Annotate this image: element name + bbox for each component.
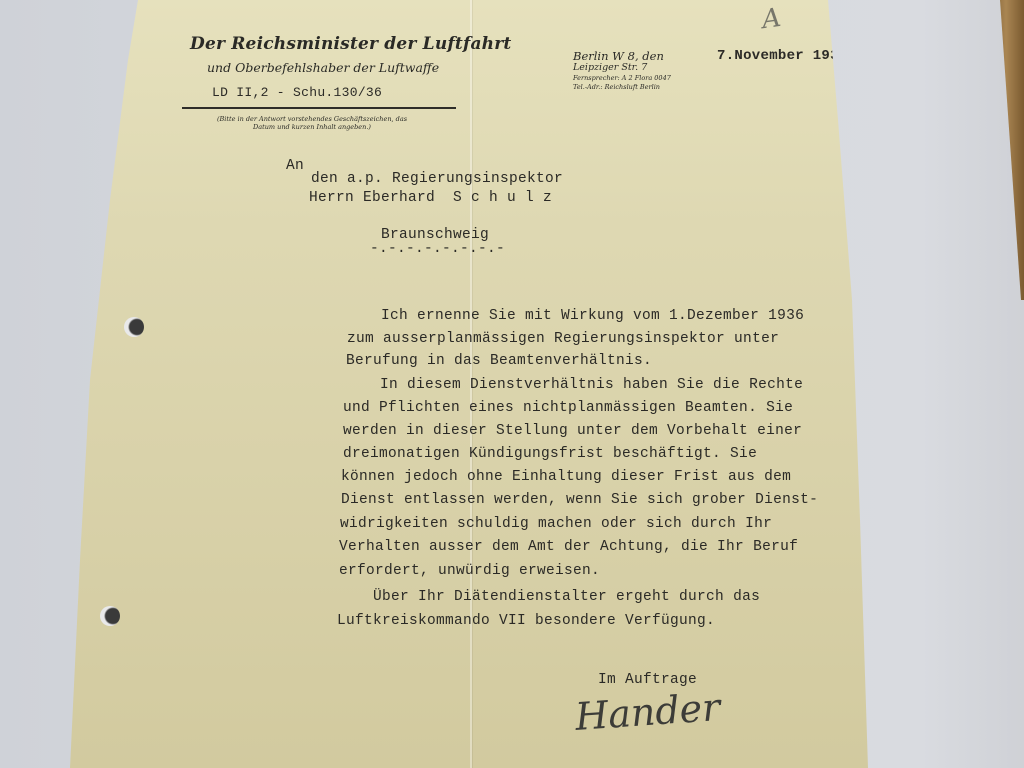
letterhead-subtitle: und Oberbefehlshaber der Luftwaffe xyxy=(207,60,439,75)
body-line: Berufung in das Beamtenverhältnis. xyxy=(346,353,652,369)
body-line: Dienst entlassen werden, wenn Sie sich g… xyxy=(341,492,818,508)
recipient-underline: -.-.-.-.-.-.-.- xyxy=(370,241,505,257)
wooden-table-edge xyxy=(994,0,1024,300)
reference-note-line2: Datum und kurzen Inhalt angeben.) xyxy=(212,123,412,131)
body-line: erfordert, unwürdig erweisen. xyxy=(339,563,600,579)
letterhead-title: Der Reichsminister der Luftfahrt xyxy=(190,34,511,54)
body-line: widrigkeiten schuldig machen oder sich d… xyxy=(340,516,772,532)
closing-phrase: Im Auftrage xyxy=(598,672,697,688)
sender-city-line: Berlin W 8, den xyxy=(573,49,664,63)
reference-number: LD II,2 - Schu.130/36 xyxy=(212,85,382,100)
body-line: dreimonatigen Kündigungsfrist beschäftig… xyxy=(343,446,757,462)
recipient-line1: den a.p. Regierungsinspektor xyxy=(311,171,563,187)
recipient-to: An xyxy=(286,158,304,174)
body-line: Über Ihr Diätendienstalter ergeht durch … xyxy=(328,589,760,605)
margin-mark: A xyxy=(760,3,783,35)
body-line: Ich ernenne Sie mit Wirkung vom 1.Dezemb… xyxy=(336,308,804,324)
signature: Hander xyxy=(574,685,722,739)
letter-date: 7.November 1936 xyxy=(717,48,848,64)
body-line: und Pflichten eines nichtplanmässigen Be… xyxy=(343,400,793,416)
reference-note-line1: (Bitte in der Antwort vorstehendes Gesch… xyxy=(212,115,412,123)
body-line: Verhalten ausser dem Amt der Achtung, di… xyxy=(339,539,798,555)
reference-note: (Bitte in der Antwort vorstehendes Gesch… xyxy=(212,115,412,131)
sender-street: Leipziger Str. 7 xyxy=(573,62,647,73)
sender-telegram: Tel.-Adr.: Reichsluft Berlin xyxy=(573,83,660,91)
sender-phone: Fernsprecher: A 2 Flora 0047 xyxy=(573,74,671,82)
body-line: werden in dieser Stellung unter dem Vorb… xyxy=(343,423,802,439)
recipient-line2: Herrn Eberhard S c h u l z xyxy=(309,190,552,206)
body-line: können jedoch ohne Einhaltung dieser Fri… xyxy=(341,469,791,485)
letter-page: A Der Reichsminister der Luftfahrt und O… xyxy=(0,0,1024,768)
punch-hole-icon xyxy=(100,606,120,626)
body-line: Luftkreiskommando VII besondere Verfügun… xyxy=(337,613,715,629)
body-line: zum ausserplanmässigen Regierungsinspekt… xyxy=(347,331,779,347)
letterhead-divider xyxy=(182,107,456,109)
punch-hole-icon xyxy=(124,317,144,337)
body-line: In diesem Dienstverhältnis haben Sie die… xyxy=(335,377,803,393)
